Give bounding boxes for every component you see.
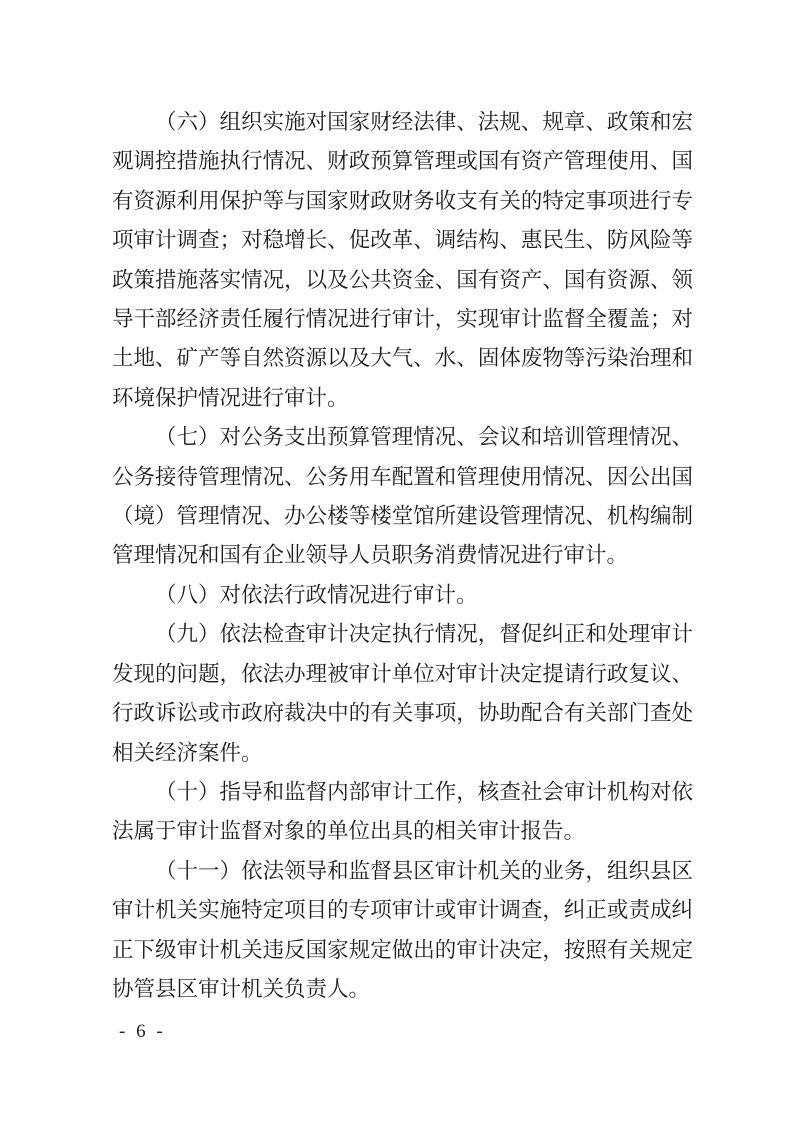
page-number: - 6 -: [119, 1021, 166, 1043]
paragraph-item-8: （八）对依法行政情况进行审计。: [112, 576, 693, 615]
paragraph-item-7: （七）对公务支出预算管理情况、会议和培训管理情况、公务接待管理情况、公务用车配置…: [112, 418, 693, 576]
paragraph-item-6: （六）组织实施对国家财经法律、法规、规章、政策和宏观调控措施执行情况、财政预算管…: [112, 103, 693, 418]
paragraph-item-11: （十一）依法领导和监督县区审计机关的业务，组织县区审计机关实施特定项目的专项审计…: [112, 852, 693, 1010]
paragraph-item-10: （十）指导和监督内部审计工作，核查社会审计机构对依法属于审计监督对象的单位出具的…: [112, 773, 693, 852]
document-body: （六）组织实施对国家财经法律、法规、规章、政策和宏观调控措施执行情况、财政预算管…: [112, 103, 693, 1009]
paragraph-item-9: （九）依法检查审计决定执行情况，督促纠正和处理审计发现的问题，依法办理被审计单位…: [112, 615, 693, 773]
document-page: （六）组织实施对国家财经法律、法规、规章、政策和宏观调控措施执行情况、财政预算管…: [0, 0, 793, 1122]
